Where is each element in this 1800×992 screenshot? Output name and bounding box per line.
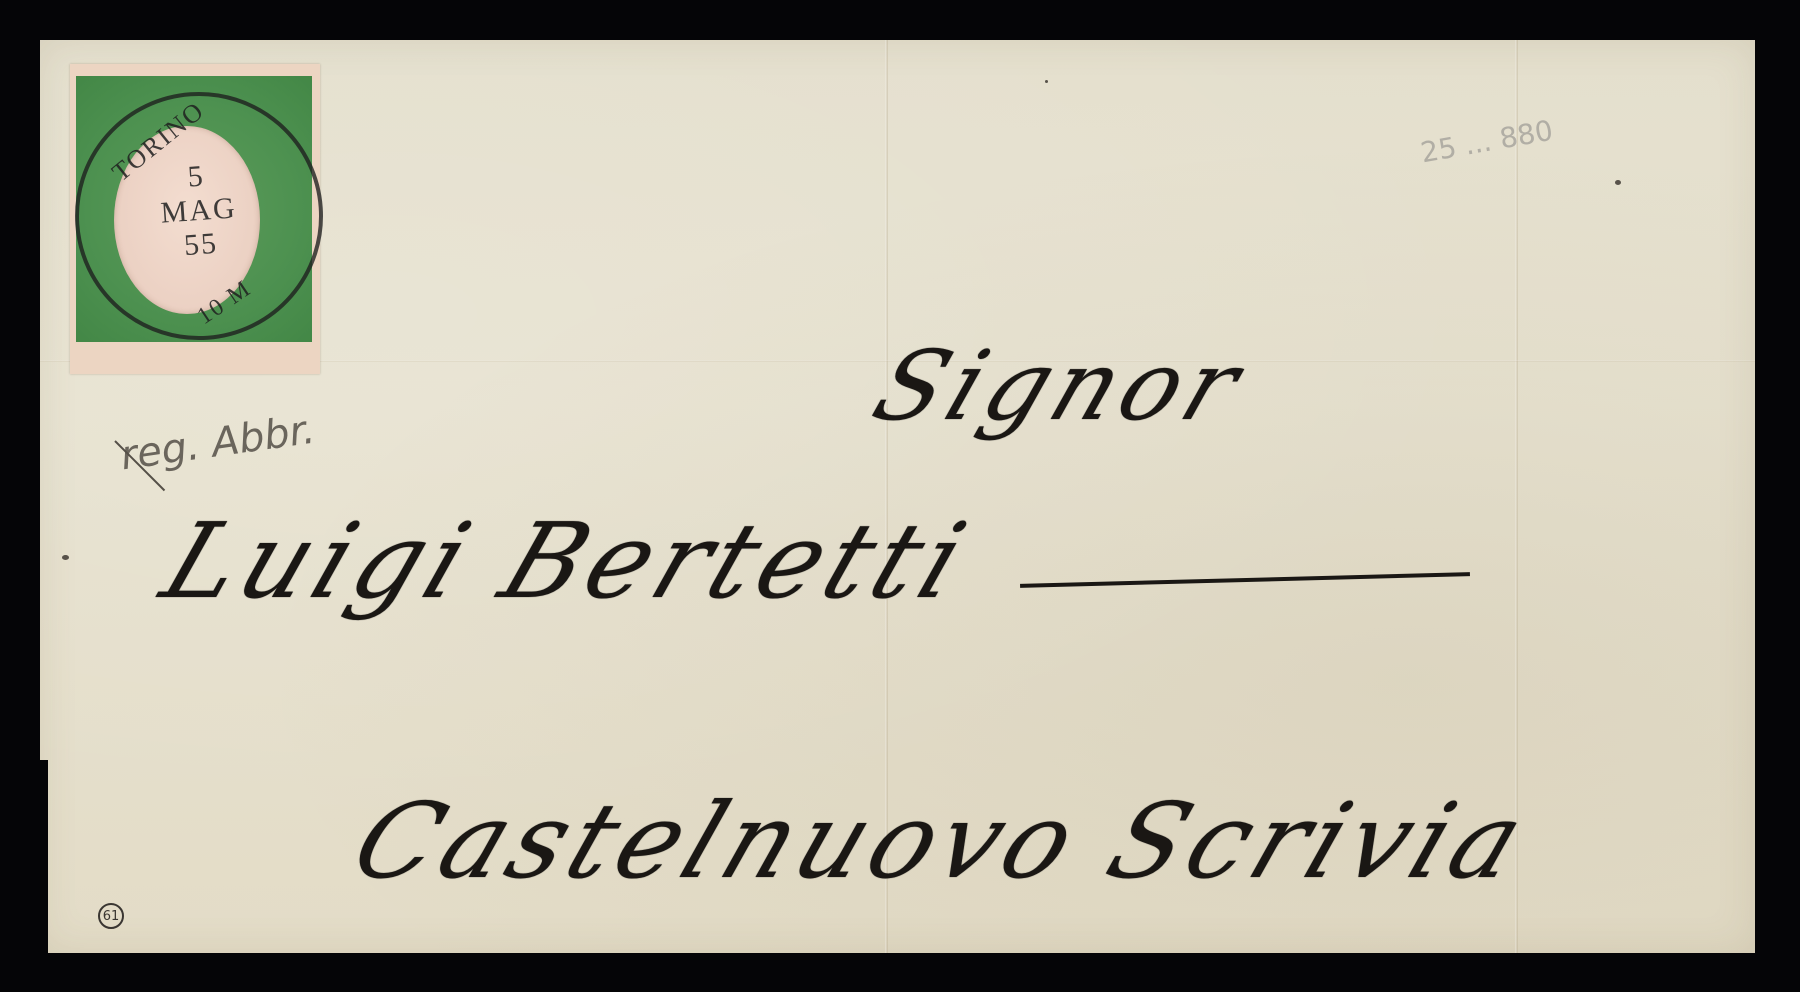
postmark-month: MAG [160, 191, 238, 230]
postmark-year: 55 [183, 227, 219, 263]
ink-speck [1615, 180, 1621, 185]
catalog-number-mark: 61 [98, 903, 124, 929]
address-salutation: Signor [860, 330, 1260, 442]
postmark-day: 5 [187, 160, 206, 195]
ink-speck [1045, 80, 1048, 83]
cover-edge-notch [40, 760, 48, 953]
address-recipient-name: Luigi Bertetti [148, 500, 986, 622]
postmark-time: 10 M [193, 275, 257, 331]
address-town: Castelnuovo Scrivia [338, 780, 1545, 902]
postmark: TORINO 5 MAG 55 10 M [67, 84, 332, 349]
ink-speck [62, 555, 69, 560]
